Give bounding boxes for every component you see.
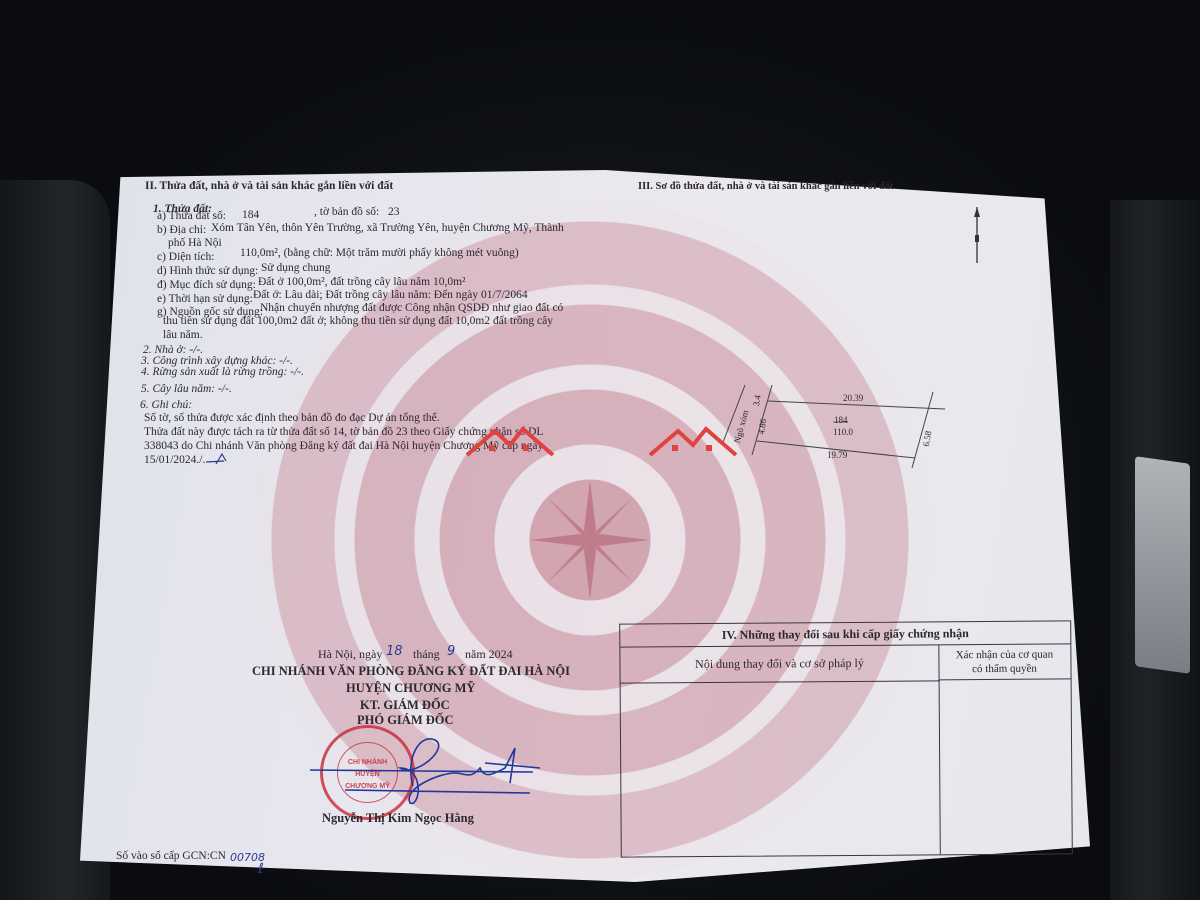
production-forest-line: 4. Rừng sản xuất là rừng trồng: -/-.: [141, 366, 304, 380]
initials-mark-icon: [204, 452, 234, 466]
notes-line-1: Số tờ, số thửa được xác định theo bản đồ…: [144, 412, 440, 426]
alley-width: 3.4: [750, 394, 765, 407]
house-logo-icon: [465, 423, 555, 457]
area-value: 110,0m², (bằng chữ: Một trăm mười phẩy k…: [240, 247, 519, 261]
section-ii-title: II. Thửa đất, nhà ở và tài sản khác gắn …: [145, 180, 393, 194]
north-arrow-icon: [970, 205, 984, 265]
column-divider: [939, 680, 941, 854]
map-sheet-label: , tờ bản đồ số:: [314, 206, 379, 220]
house-logo-icon: [648, 423, 738, 457]
registry-label: Số vào sổ cấp GCN:CN: [116, 850, 226, 864]
address-value-line2: phố Hà Nội: [168, 237, 222, 251]
date-month: 9: [447, 645, 455, 659]
usage-purpose-label: đ) Mục đích sử dụng:: [157, 279, 256, 293]
usage-term-value: Đất ở: Lâu dài; Đất trồng cây lâu năm: Đ…: [253, 289, 528, 303]
usage-purpose-value: Đất ở 100,0m², đất trồng cây lâu năm 10,…: [258, 276, 465, 290]
issuing-org-line1: CHI NHÁNH VĂN PHÒNG ĐĂNG KÝ ĐẤT ĐAI HÀ N…: [252, 665, 570, 679]
changes-column-header: Nội dung thay đổi và cơ sở pháp lý: [620, 644, 939, 683]
address-value-line1: Xóm Tân Yên, thôn Yên Trường, xã Trường …: [211, 222, 564, 236]
perennial-trees-line: 5. Cây lâu năm: -/-.: [141, 383, 232, 397]
authority-header-line1: Xác nhận của cơ quan: [938, 647, 1070, 662]
notes-heading: 6. Ghi chú:: [140, 399, 192, 413]
date-month-label: tháng: [413, 648, 440, 662]
map-sheet-value: 23: [388, 206, 400, 220]
address-label: b) Địa chỉ:: [157, 224, 206, 238]
registry-initial: ℓ: [258, 863, 264, 877]
authority-column-header: Xác nhận của cơ quan có thẩm quyền: [938, 643, 1070, 680]
usage-term-label: e) Thời hạn sử dụng:: [157, 293, 253, 307]
date-year: năm 2024: [465, 648, 513, 662]
top-edge-length: 20.39: [843, 392, 863, 406]
bottom-edge-length: 19.79: [827, 449, 847, 463]
section-iii-title: III. Sơ đồ thửa đất, nhà ở và tài sản kh…: [638, 180, 893, 194]
issuing-org-line2: HUYỆN CHƯƠNG MỸ: [346, 682, 475, 696]
authority-header-line2: có thẩm quyền: [938, 661, 1070, 676]
usage-form-value: Sử dụng chung: [261, 262, 330, 276]
origin-value-line2: thu tiền sử dụng đất 100,0m2 đất ở; khôn…: [163, 315, 553, 329]
signer-name: Nguyễn Thị Kim Ngọc Hằng: [322, 812, 474, 826]
origin-value-line1: Nhận chuyển nhượng đất được Công nhận QS…: [260, 302, 563, 316]
parcel-number-value: 184: [242, 209, 259, 223]
signature-icon: [305, 728, 540, 808]
car-window-light: [1135, 456, 1190, 674]
date-day: 18: [386, 645, 403, 659]
date-prefix: Hà Nội, ngày: [318, 648, 382, 662]
usage-form-label: d) Hình thức sử dụng:: [157, 265, 258, 279]
notes-line-4: 15/01/2024./.: [144, 454, 205, 468]
changes-table: IV. Những thay đổi sau khi cấp giấy chứn…: [619, 620, 1073, 857]
parcel-area-label-diagram: 110.0: [833, 426, 853, 440]
left-edge-length: 4.86: [755, 418, 771, 436]
right-edge-length: 6.58: [920, 430, 936, 448]
role-line1: KT. GIÁM ĐỐC: [360, 699, 450, 713]
area-label: c) Diện tích:: [157, 251, 214, 265]
drum-star-icon: [530, 480, 650, 600]
origin-value-line3: lâu năm.: [163, 329, 203, 343]
